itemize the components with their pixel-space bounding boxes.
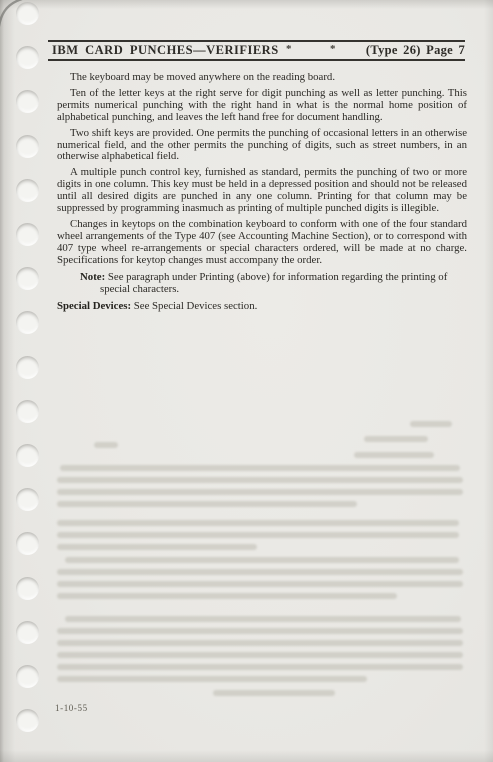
bleedthrough-line <box>57 676 367 682</box>
binder-hole <box>16 356 39 379</box>
bleedthrough-line <box>65 557 459 563</box>
bleedthrough-line <box>57 581 463 587</box>
header-page-number: (Type 26) Page 7 <box>366 43 465 58</box>
bleedthrough-line <box>57 501 357 507</box>
paragraph: The keyboard may be moved anywhere on th… <box>57 72 467 84</box>
binder-hole <box>16 90 39 113</box>
binder-hole <box>16 179 39 202</box>
note-label: Note: <box>80 271 105 283</box>
header-rule-top <box>48 40 465 42</box>
binder-hole <box>16 709 39 732</box>
body-text: The keyboard may be moved anywhere on th… <box>57 72 467 313</box>
bleedthrough-line <box>57 544 257 550</box>
header-title: IBM CARD PUNCHES—VERIFIERS <box>52 43 279 58</box>
bleedthrough-line <box>57 520 459 526</box>
bleedthrough-line <box>57 652 463 658</box>
binder-hole <box>16 488 39 511</box>
binder-hole <box>16 135 39 158</box>
bleedthrough-line <box>213 690 335 696</box>
bleedthrough-line <box>57 664 463 670</box>
bleedthrough-line <box>57 593 397 599</box>
bleedthrough-line <box>57 628 463 634</box>
binder-hole <box>16 532 39 555</box>
bleedthrough-line <box>65 616 461 622</box>
bleedthrough-line <box>410 421 452 427</box>
binder-hole <box>16 223 39 246</box>
bleedthrough-line <box>57 489 463 495</box>
binder-hole <box>16 665 39 688</box>
binder-hole <box>16 577 39 600</box>
bleedthrough-line <box>57 640 463 646</box>
binder-hole <box>16 621 39 644</box>
paragraph: Two shift keys are provided. One permits… <box>57 128 467 164</box>
bleedthrough-line <box>57 569 463 575</box>
paragraph: Changes in keytops on the combination ke… <box>57 219 467 267</box>
paragraph: A multiple punch control key, furnished … <box>57 167 467 215</box>
manual-page: IBM CARD PUNCHES—VERIFIERS * * (Type 26)… <box>0 0 493 762</box>
paragraph: Ten of the letter keys at the right serv… <box>57 88 467 124</box>
note-text: See paragraph under Printing (above) for… <box>100 271 447 295</box>
binder-hole <box>16 311 39 334</box>
header-rule-bottom <box>48 59 465 61</box>
bleedthrough-line <box>60 465 460 471</box>
binder-hole <box>16 46 39 69</box>
special-devices-text: See Special Devices section. <box>134 300 258 312</box>
bleedthrough-line <box>94 442 118 448</box>
bleedthrough-line <box>57 532 459 538</box>
bleedthrough-line <box>364 436 428 442</box>
bleedthrough-line <box>57 477 463 483</box>
binder-hole <box>16 400 39 423</box>
header-separator-star: * <box>330 43 336 55</box>
header-separator-star: * <box>286 43 292 55</box>
binder-hole <box>16 2 39 25</box>
binder-hole <box>16 444 39 467</box>
binder-hole <box>16 267 39 290</box>
footer-date: 1-10-55 <box>55 703 88 713</box>
bleedthrough-line <box>354 452 434 458</box>
special-devices-label: Special Devices: <box>57 300 131 312</box>
special-devices: Special Devices: See Special Devices sec… <box>57 301 467 313</box>
note: Note: See paragraph under Printing (abov… <box>80 272 467 296</box>
